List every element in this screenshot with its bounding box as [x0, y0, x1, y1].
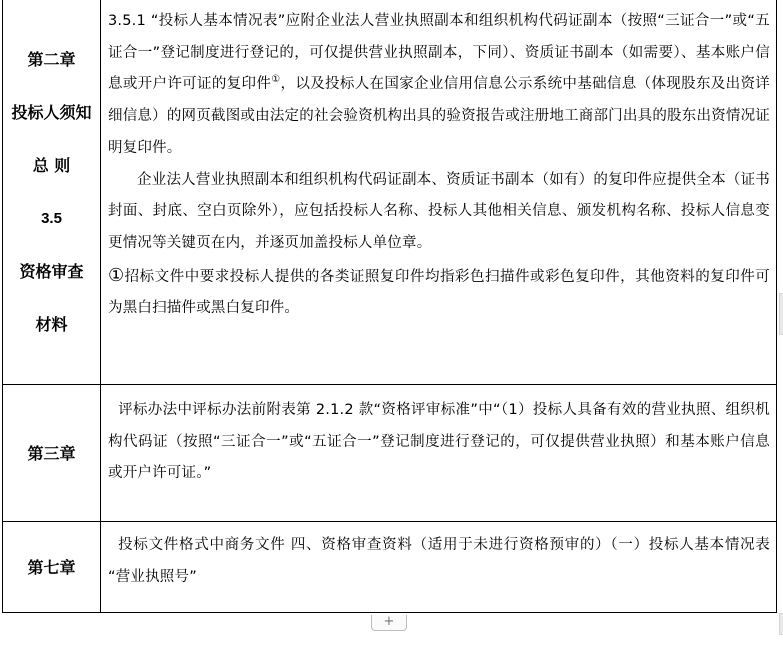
add-row-button[interactable]: + — [371, 615, 407, 631]
clause-title-line1: 资格审查 — [3, 245, 100, 298]
table-resize-handle-bottom[interactable] — [779, 613, 783, 635]
paragraph-format: 投标文件格式中商务文件 四、资格审查资料（适用于未进行资格预审的）（一）投标人基… — [108, 530, 770, 593]
table-row-chapter-3: 第三章 评标办法中评标办法前附表第 2.1.2 款“资格评审标准”中“（1）投标… — [3, 385, 777, 522]
clause-number: 3.5 — [3, 192, 100, 245]
table-resize-handle[interactable] — [779, 293, 783, 335]
footnote-text: 招标文件中要求投标人提供的各类证照复印件均指彩色扫描件或彩色复印件，其他资料的复… — [108, 269, 770, 317]
chapter-cell: 第二章 投标人须知 总 则 3.5 资格审查 材料 — [3, 0, 101, 385]
paragraph-evaluation: 评标办法中评标办法前附表第 2.1.2 款“资格评审标准”中“（1）投标人具备有… — [108, 395, 770, 490]
chapter-cell: 第七章 — [3, 522, 101, 613]
section-title: 投标人须知 — [3, 86, 100, 139]
content-cell[interactable]: 投标文件格式中商务文件 四、资格审查资料（适用于未进行资格预审的）（一）投标人基… — [101, 522, 777, 613]
paragraph-copies: 企业法人营业执照副本和组织机构代码证副本、资质证书副本（如有）的复印件应提供全本… — [108, 165, 770, 260]
footnote-paragraph: ①招标文件中要求投标人提供的各类证照复印件均指彩色扫描件或彩色复印件，其他资料的… — [108, 260, 770, 325]
content-cell[interactable]: 3.5.1 “投标人基本情况表”应附企业法人营业执照副本和组织机构代码证副本（按… — [101, 0, 777, 385]
footnote-number: ① — [108, 265, 125, 286]
content-cell[interactable]: 评标办法中评标办法前附表第 2.1.2 款“资格评审标准”中“（1）投标人具备有… — [101, 385, 777, 522]
chapter-label: 第七章 — [3, 541, 100, 594]
footnote-marker[interactable]: ① — [271, 74, 280, 85]
chapter-cell: 第三章 — [3, 385, 101, 522]
section-subtitle: 总 则 — [3, 139, 100, 192]
paragraph-3-5-1: 3.5.1 “投标人基本情况表”应附企业法人营业执照副本和组织机构代码证副本（按… — [108, 6, 770, 165]
table-row-chapter-2: 第二章 投标人须知 总 则 3.5 资格审查 材料 3.5.1 “投标人基本情况… — [3, 0, 777, 385]
clause-title-line2: 材料 — [3, 298, 100, 351]
table-row-chapter-7: 第七章 投标文件格式中商务文件 四、资格审查资料（适用于未进行资格预审的）（一）… — [3, 522, 777, 613]
chapter-label: 第三章 — [3, 427, 100, 480]
chapter-label: 第二章 — [3, 33, 100, 86]
requirements-table: 第二章 投标人须知 总 则 3.5 资格审查 材料 3.5.1 “投标人基本情况… — [2, 0, 777, 613]
